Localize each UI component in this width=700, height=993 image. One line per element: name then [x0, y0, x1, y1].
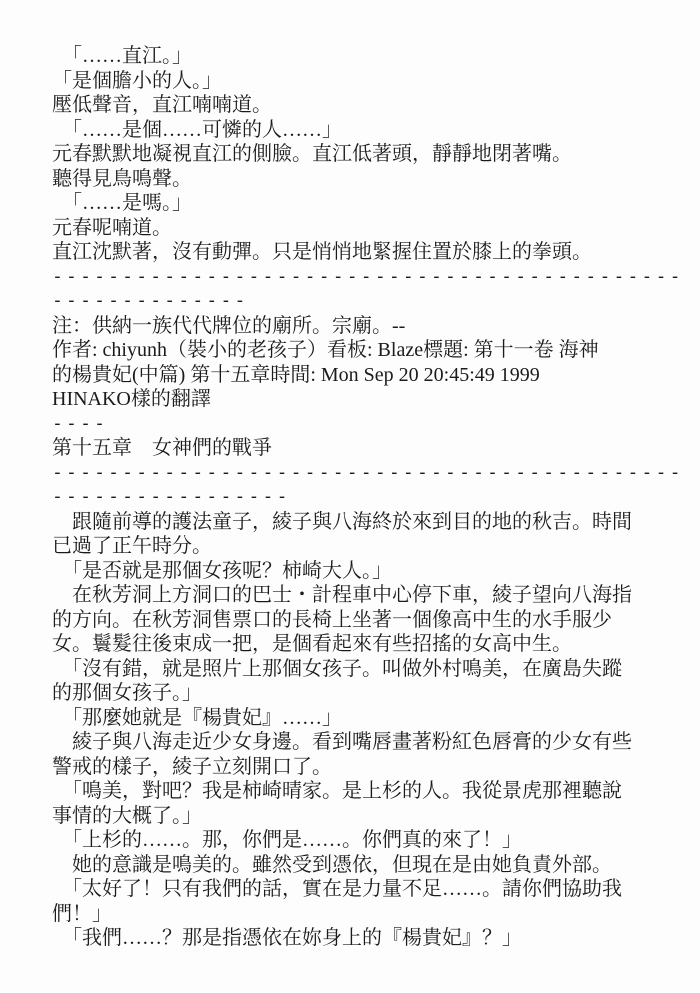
body-text-line: 跟隨前導的護法童子，綾子與八海終於來到目的地的秋吉。時間	[52, 510, 684, 535]
body-text-line: 「太好了！只有我們的話，實在是力量不足……。請你們協助我	[52, 877, 684, 902]
separator-dash-line: ----------------------------------------…	[52, 461, 684, 486]
excerpt-text-line: 「是個膽小的人。」	[52, 69, 684, 94]
excerpt-text-line: 「……是個……可憐的人……」	[52, 118, 684, 143]
excerpt-text-line: 元春呢喃道。	[52, 216, 684, 241]
body-text-line: 警戒的樣子，綾子立刻開口了。	[52, 755, 684, 780]
body-text-line: 綾子與八海走近少女身邊。看到嘴唇畫著粉紅色唇膏的少女有些	[52, 730, 684, 755]
body-text-line: 的那個女孩子。」	[52, 681, 684, 706]
story-body: 跟隨前導的護法童子，綾子與八海終於來到目的地的秋吉。時間已過了正午時分。 「是否…	[52, 510, 684, 951]
excerpt-text-line: 元春默默地凝視直江的側臉。直江低著頭，靜靜地閉著嘴。	[52, 142, 684, 167]
post-header-line: 作者: chiyunh（裝小的老孩子）看板: Blaze標題: 第十一卷 海神	[52, 338, 684, 363]
separator-top: ----------------------------------------…	[52, 265, 684, 314]
body-text-line: 「是否就是那個女孩呢？柿崎大人。」	[52, 559, 684, 584]
chapter-title-line: 第十五章 女神們的戰爭	[52, 436, 684, 461]
text-document-page: 「……直江。」「是個膽小的人。」壓低聲音，直江喃喃道。 「……是個……可憐的人……	[0, 0, 700, 993]
separator-dash-line: ----------------------------------------…	[52, 265, 684, 290]
post-header-line: 的楊貴妃(中篇) 第十五章時間: Mon Sep 20 20:45:49 199…	[52, 363, 684, 388]
body-text-line: 事情的大概了。」	[52, 804, 684, 829]
body-text-line: 女。鬟髮往後束成一把，是個看起來有些招搖的女高中生。	[52, 632, 684, 657]
body-text-line: 在秋芳洞上方洞口的巴士・計程車中心停下車，綾子望向八海指	[52, 583, 684, 608]
post-header: 注：供納一族代代牌位的廟所。宗廟。--作者: chiyunh（裝小的老孩子）看板…	[52, 314, 684, 437]
body-text-line: 「上杉的……。那，你們是……。你們真的來了！」	[52, 828, 684, 853]
excerpt-text-line: 聽得見鳥鳴聲。	[52, 167, 684, 192]
body-text-line: 「那麼她就是『楊貴妃』……」	[52, 706, 684, 731]
excerpt-text-line: 「……是嗎。」	[52, 191, 684, 216]
separator-bottom: ----------------------------------------…	[52, 461, 684, 510]
separator-dash-line: --------------	[52, 289, 684, 314]
post-header-line: ----	[52, 412, 684, 437]
body-text-line: 「我們……？那是指憑依在妳身上的『楊貴妃』？」	[52, 926, 684, 951]
post-header-line: HINAKO樣的翻譯	[52, 387, 684, 412]
excerpt-paragraphs: 「……直江。」「是個膽小的人。」壓低聲音，直江喃喃道。 「……是個……可憐的人……	[52, 44, 684, 265]
chapter-title: 第十五章 女神們的戰爭	[52, 436, 684, 461]
excerpt-text-line: 直江沈默著，沒有動彈。只是悄悄地緊握住置於膝上的拳頭。	[52, 240, 684, 265]
body-text-line: 「沒有錯，就是照片上那個女孩子。叫做外村鳴美，在廣島失蹤	[52, 657, 684, 682]
body-text-line: 的方向。在秋芳洞售票口的長椅上坐著一個像高中生的水手服少	[52, 608, 684, 633]
body-text-line: 「鳴美，對吧？我是柿崎晴家。是上杉的人。我從景虎那裡聽說	[52, 779, 684, 804]
body-text-line: 她的意識是鳴美的。雖然受到憑依，但現在是由她負責外部。	[52, 853, 684, 878]
separator-dash-line: -----------------	[52, 485, 684, 510]
post-header-line: 注：供納一族代代牌位的廟所。宗廟。--	[52, 314, 684, 339]
body-text-line: 們！」	[52, 902, 684, 927]
excerpt-text-line: 壓低聲音，直江喃喃道。	[52, 93, 684, 118]
body-text-line: 已過了正午時分。	[52, 534, 684, 559]
excerpt-text-line: 「……直江。」	[52, 44, 684, 69]
